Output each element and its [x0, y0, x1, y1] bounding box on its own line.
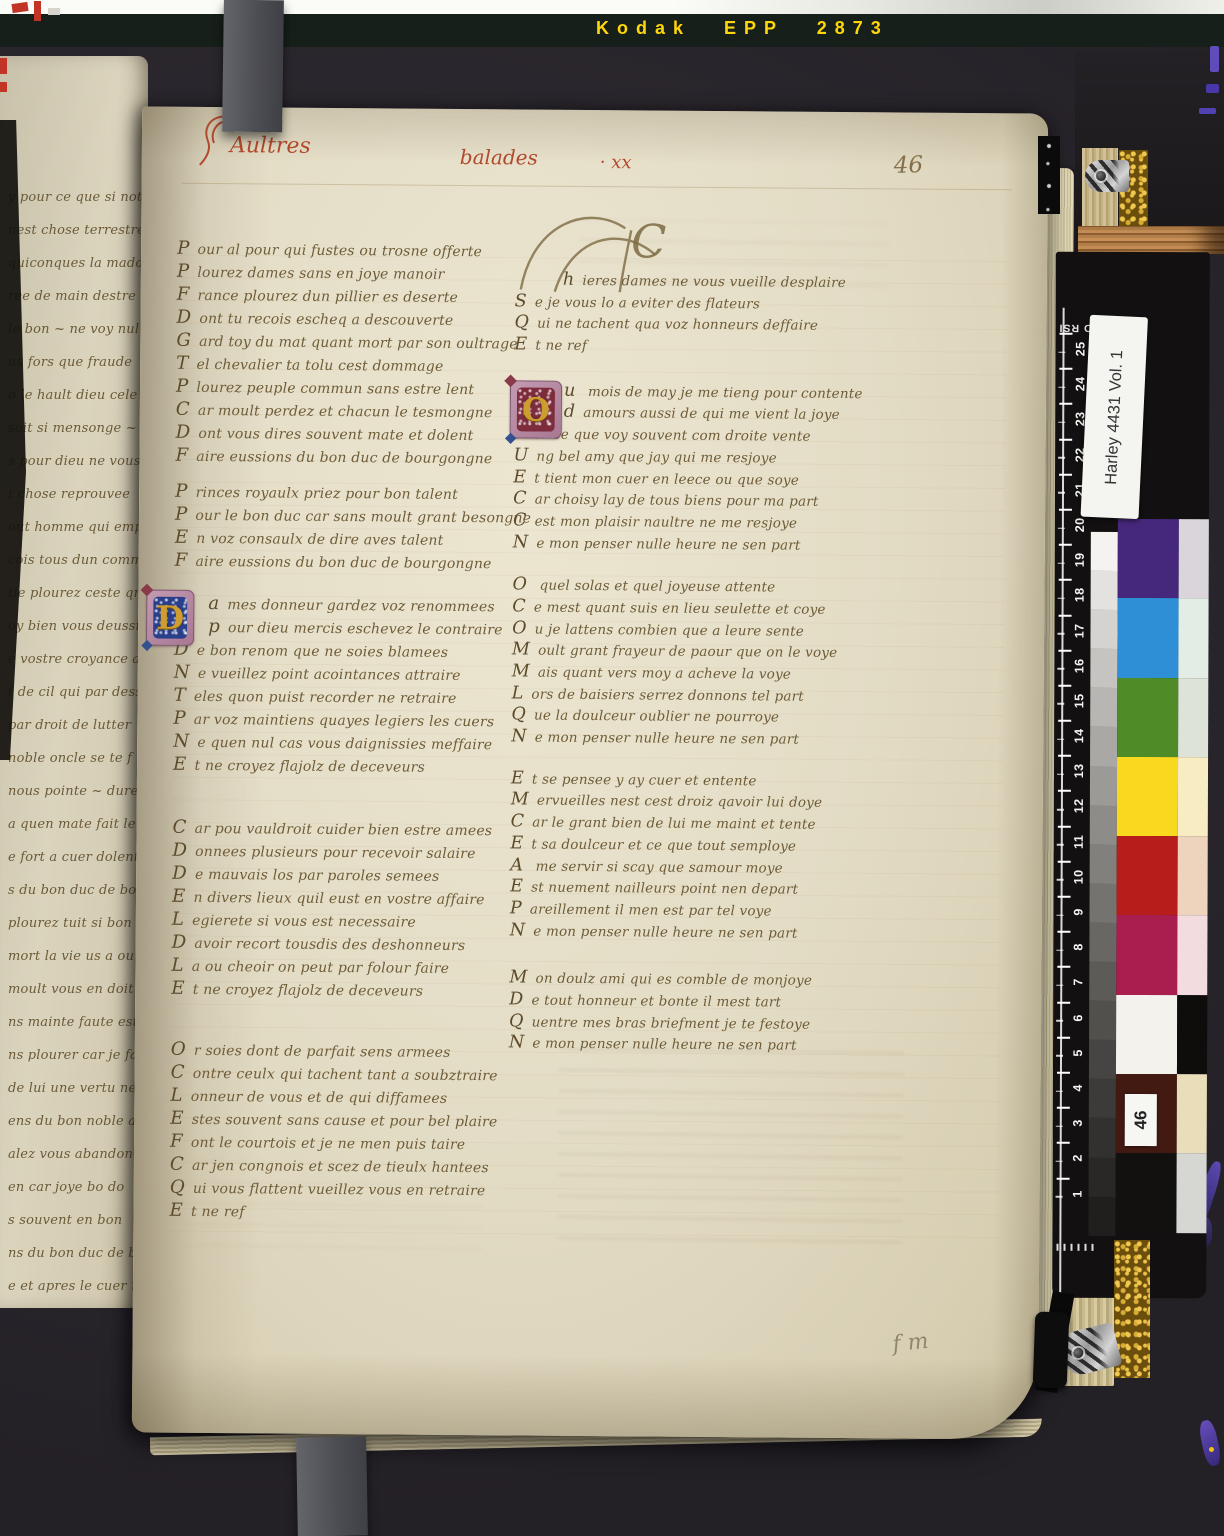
verse-line: Ne quen nul cas vous daignissies meffair…: [173, 730, 565, 756]
verse-line: Qui vous flattent vueillez vous en retra…: [170, 1176, 562, 1202]
facing-text-line: s du bon duc de bo: [8, 883, 148, 916]
verse-line: Princes royaulx priez pour bon talent: [175, 480, 567, 506]
ballade-stanza: Or soies dont de parfait sens armeesCont…: [169, 1038, 562, 1225]
pale-patch: [1176, 1154, 1206, 1233]
gray-step: [1090, 806, 1117, 845]
verse-line: Lonneur de vous et de qui diffamees: [170, 1084, 562, 1110]
film-header-band: Kodak EPP 2873: [0, 14, 1224, 47]
ruler-number: 25: [1073, 338, 1087, 360]
color-calibration-card: RD RSI 252423222120191817161514131211109…: [1052, 252, 1210, 1299]
gray-step: [1090, 766, 1117, 805]
verse-line: Qui ne tachent qua voz honneurs deffaire: [514, 313, 1042, 339]
grayscale-steps: [1088, 532, 1117, 1236]
facing-text-line: s souvent en bon: [8, 1213, 148, 1246]
running-title-center: balades: [460, 145, 538, 170]
ruler-number: 17: [1072, 619, 1086, 641]
pale-patch: [1177, 1074, 1207, 1153]
gray-step: [1089, 1118, 1116, 1157]
ballade-stanza: D ames donneur gardez voz renommeespour …: [173, 592, 566, 779]
running-title-numeral: · xx: [600, 152, 632, 173]
color-patch: [1117, 678, 1178, 758]
facing-text-line: nous pointe ~ dure: [8, 784, 148, 817]
initial-letter: D: [147, 591, 193, 645]
verse-line: Et ne ref: [514, 334, 1042, 360]
gray-step: [1089, 923, 1116, 962]
color-patch: [1117, 757, 1178, 837]
facing-text-line: out homme qui empe: [8, 520, 148, 553]
ruler-number: 9: [1071, 901, 1085, 923]
patch-row: [1117, 757, 1208, 837]
color-patch: [1118, 519, 1179, 599]
ruler-number: 12: [1072, 795, 1086, 817]
facing-text-line: cois tous dun commun: [8, 553, 148, 586]
gray-step: [1089, 1157, 1116, 1196]
gray-step: [1091, 532, 1118, 571]
cadel-initial-letter: C: [631, 214, 667, 268]
ruler-number: 16: [1072, 654, 1086, 676]
verse-line: Font le courtois et je ne men puis taire: [170, 1130, 562, 1156]
ballade-envoi: Mon doulz ami qui es comble de monjoyeDe…: [509, 968, 1038, 1059]
light-leak-dot: [1209, 1447, 1214, 1452]
ruler-number: 8: [1071, 936, 1085, 958]
pale-patch: [1177, 916, 1207, 995]
metal-clip-top: [1085, 160, 1129, 192]
verse-line: Car pou vauldroit cuider bien estre amee…: [172, 816, 564, 842]
verse-line: Legierete si vous est necessaire: [172, 908, 564, 934]
facing-text-line: t de cil qui par dess: [8, 685, 148, 718]
ballade-stanza: Et se pensee y ay cuer et ententeMervuei…: [510, 768, 1039, 946]
illuminated-initial: D: [146, 590, 194, 646]
film-edge-mark: [0, 82, 7, 92]
patch-row: [1118, 519, 1209, 599]
facing-text-line: e vostre croyance ap: [8, 652, 148, 685]
ruler-number: 4: [1071, 1077, 1085, 1099]
retaining-strap-bottom: [296, 1436, 368, 1536]
verse-line: Davoir recort tousdis des deshonneurs: [172, 931, 564, 957]
verse-line: Ne vueillez point acointances attraire: [174, 661, 566, 687]
facing-page-text: y pour ce que si notoirenest chose terre…: [0, 56, 148, 1308]
facing-text-line: soit si mensonge ~: [8, 421, 148, 454]
patch-row: [1116, 915, 1207, 995]
color-patch: [1117, 836, 1178, 916]
illuminated-initial: O: [510, 380, 562, 438]
ruler-number: 14: [1072, 725, 1086, 747]
film-registration-mark: [48, 8, 60, 15]
verse-line: Or soies dont de parfait sens armees: [171, 1038, 563, 1064]
folio-sticker: 46: [1125, 1094, 1157, 1146]
ruler-number: 20: [1073, 514, 1087, 536]
verse-line: Ne mon penser nulle heure ne sen part: [511, 726, 1039, 752]
gray-step: [1091, 571, 1118, 610]
patch-row: [1116, 995, 1207, 1075]
color-patch: [1115, 1153, 1176, 1233]
facing-text-line: le bon ~ ne voy nul: [8, 322, 148, 355]
facing-text-line: ns mainte faute est: [8, 1015, 148, 1048]
gray-step: [1089, 884, 1116, 923]
facing-text-line: ree de main destre: [8, 289, 148, 322]
ruler-number: 19: [1073, 549, 1087, 571]
verse-line: De bon renom que ne soies blamees: [174, 638, 566, 664]
ruler-number: 13: [1072, 760, 1086, 782]
pale-patch: [1178, 836, 1208, 915]
gray-step: [1090, 727, 1117, 766]
wooden-board-strip: [1078, 226, 1224, 254]
verse-line: Donnees plusieurs pour recevoir salaire: [172, 839, 564, 865]
gray-step: [1090, 688, 1117, 727]
ballade-stanza: O u mois de may je me tieng pour content…: [513, 380, 1042, 558]
pale-patch: [1179, 519, 1209, 598]
verse-line: Et ne croyez flajolz de deceveurs: [173, 753, 565, 779]
manuscript-photograph: Kodak EPP 2873 y pour ce que si notoiren…: [0, 0, 1224, 1536]
ruler-number: 24: [1073, 373, 1087, 395]
film-code-mark: [1206, 84, 1219, 93]
gray-step: [1088, 1196, 1115, 1235]
verse-line: Par voz maintiens quayes legiers les cue…: [173, 707, 565, 733]
facing-text-line: oy bien vous deussiez: [8, 619, 148, 652]
film-code-mark: [1210, 46, 1219, 72]
verse-line: En voz consaulx de dire aves talent: [175, 526, 567, 552]
film-code-mark: [1199, 108, 1216, 114]
shelfmark-label: Harley 4431 Vol. 1: [1102, 349, 1127, 485]
facing-text-line: t chose reprouvee: [8, 487, 148, 520]
verse-line: Pour le bon duc car sans moult grant bes…: [175, 503, 567, 529]
initial-letter: O: [511, 381, 561, 437]
facing-text-line: par droit de lutter: [8, 718, 148, 751]
ruler-number: 6: [1071, 1006, 1085, 1028]
ruler-number: 3: [1071, 1112, 1085, 1134]
verse-line: Contre ceulx qui tachent tant a soubztra…: [171, 1061, 563, 1087]
ballade-envoi: Princes royaulx priez pour bon talentPou…: [175, 480, 568, 575]
text-column-right: C hieres dames ne vous vueille desplaire…: [509, 269, 1043, 1058]
facing-text-line: quiconques la madore: [8, 256, 148, 289]
header-ruling-line: [182, 183, 1012, 191]
facing-text-line: us fors que fraude: [8, 355, 148, 388]
pale-patch: [1177, 995, 1207, 1074]
facing-text-line: y pour ce que si notoire: [8, 190, 148, 223]
quire-signature-mark: f m: [891, 1329, 929, 1357]
ruler-number: 18: [1073, 584, 1087, 606]
facing-text-line: mort la vie us a ou: [8, 949, 148, 982]
patch-row: [1117, 678, 1208, 758]
black-page-clip: [1033, 1311, 1070, 1388]
facing-text-line: e fort a cuer dolent: [8, 850, 148, 883]
ballade-stanza: Car pou vauldroit cuider bien estre amee…: [171, 816, 564, 1003]
verse-line: Gard toy du mat quant mort par son oultr…: [176, 329, 568, 355]
gray-step: [1090, 845, 1117, 884]
shelfmark-sticker: Harley 4431 Vol. 1: [1081, 315, 1148, 520]
color-patch: [1117, 598, 1178, 678]
color-patch: [1116, 995, 1177, 1075]
ruler-number: 5: [1071, 1042, 1085, 1064]
verse-line: Ne mon penser nulle heure ne sen part: [509, 1033, 1037, 1059]
facing-page-edge: y pour ce que si notoirenest chose terre…: [0, 56, 148, 1308]
retaining-strap-top: [222, 0, 284, 132]
running-title-left: Aultres: [230, 133, 311, 159]
cadel-flourish-icon: [503, 201, 704, 295]
facing-text-line: o le hault dieu cele: [8, 388, 148, 421]
color-patch: [1116, 915, 1177, 995]
film-stock-label: Kodak EPP 2873: [596, 18, 889, 39]
verse-line: Et ne croyez flajolz de deceveurs: [171, 977, 563, 1003]
facing-text-line: ns du bon duc de b: [8, 1246, 148, 1279]
verse-line: Et ne ref: [169, 1199, 561, 1225]
pale-patch: [1178, 678, 1208, 757]
facing-text-line: tie plourez ceste qnt: [8, 586, 148, 619]
film-registration-mark: [34, 1, 41, 21]
verse-line: Teles quon puist recorder ne retraire: [174, 684, 566, 710]
patch-row: [1117, 598, 1208, 678]
ruler-number: 10: [1072, 866, 1086, 888]
gray-step: [1090, 649, 1117, 688]
verse-line: ames donneur gardez voz renommees: [174, 592, 566, 618]
light-leak-streak: [1197, 1419, 1222, 1467]
verse-line: Ne mon penser nulle heure ne sen part: [510, 920, 1038, 946]
gray-step: [1089, 1001, 1116, 1040]
ballade-stanza: O quel solas et quel joyeuse attenteCe m…: [511, 575, 1040, 753]
film-edge-mark: [0, 58, 7, 74]
gray-step: [1089, 1040, 1116, 1079]
film-edge-strip: [0, 0, 1224, 14]
facing-text-line: noble oncle se te f: [8, 751, 148, 784]
verse-line: pour dieu mercis eschevez le contraire: [174, 615, 566, 641]
facing-text-line: de lui une vertu ne: [8, 1081, 148, 1114]
facing-text-line: s pour dieu ne vous: [8, 454, 148, 487]
ruler-end-ticks: [1056, 1244, 1096, 1251]
facing-text-line: ens du bon noble a: [8, 1114, 148, 1147]
ruler-number: 7: [1071, 971, 1085, 993]
verse-line: La ou cheoir on peut par folour faire: [171, 954, 563, 980]
manuscript-page: Aultres balades · xx 46 Pour al pour qui…: [132, 106, 1048, 1439]
show-through-smudge: [557, 1034, 905, 1243]
folio-number: 46: [893, 152, 923, 179]
verse-line: Faire eussions du bon duc de bourgongne: [175, 549, 567, 575]
verse-line: Ne mon penser nulle heure ne sen part: [513, 532, 1041, 558]
facing-text-line: e et apres le cuer no: [8, 1279, 148, 1308]
facing-text-line: moult vous en doit: [8, 982, 148, 1015]
patch-row: [1117, 836, 1208, 916]
patch-row: [1115, 1153, 1206, 1233]
pale-patch: [1178, 598, 1208, 677]
verse-line: En divers lieux quil eust en vostre affa…: [172, 885, 564, 911]
facing-text-line: ns plourer car je fais: [8, 1048, 148, 1081]
facing-text-line: plourez tuit si bon: [8, 916, 148, 949]
ruler-number: 1: [1071, 1182, 1085, 1204]
verse-line: Dont tu recois escheq a descouverte: [176, 306, 568, 332]
verse-line: De mauvais los par paroles semees: [172, 862, 564, 888]
folio-sticker-label: 46: [1131, 1111, 1151, 1130]
facing-text-line: nest chose terrestre: [8, 223, 148, 256]
ruler-number: 11: [1072, 830, 1086, 852]
verse-line: Car jen congnois et scez de tieulx hante…: [170, 1153, 562, 1179]
verse-line: Estes souvent sans cause et pour bel pla…: [170, 1107, 562, 1133]
verse-line: Faire eussions du bon duc de bourgongne: [175, 444, 567, 470]
facing-text-line: a quen mate fait le b: [8, 817, 148, 850]
pale-patch: [1178, 757, 1208, 836]
gray-step: [1089, 1079, 1116, 1118]
gray-step: [1089, 962, 1116, 1001]
ruler-number: 15: [1072, 690, 1086, 712]
ruler-number: 2: [1071, 1147, 1085, 1169]
facing-text-line: alez vous abandon: [8, 1147, 148, 1180]
gray-step: [1090, 610, 1117, 649]
facing-text-line: en car joye bo do: [8, 1180, 148, 1213]
black-strap-top-right: [1038, 136, 1060, 214]
